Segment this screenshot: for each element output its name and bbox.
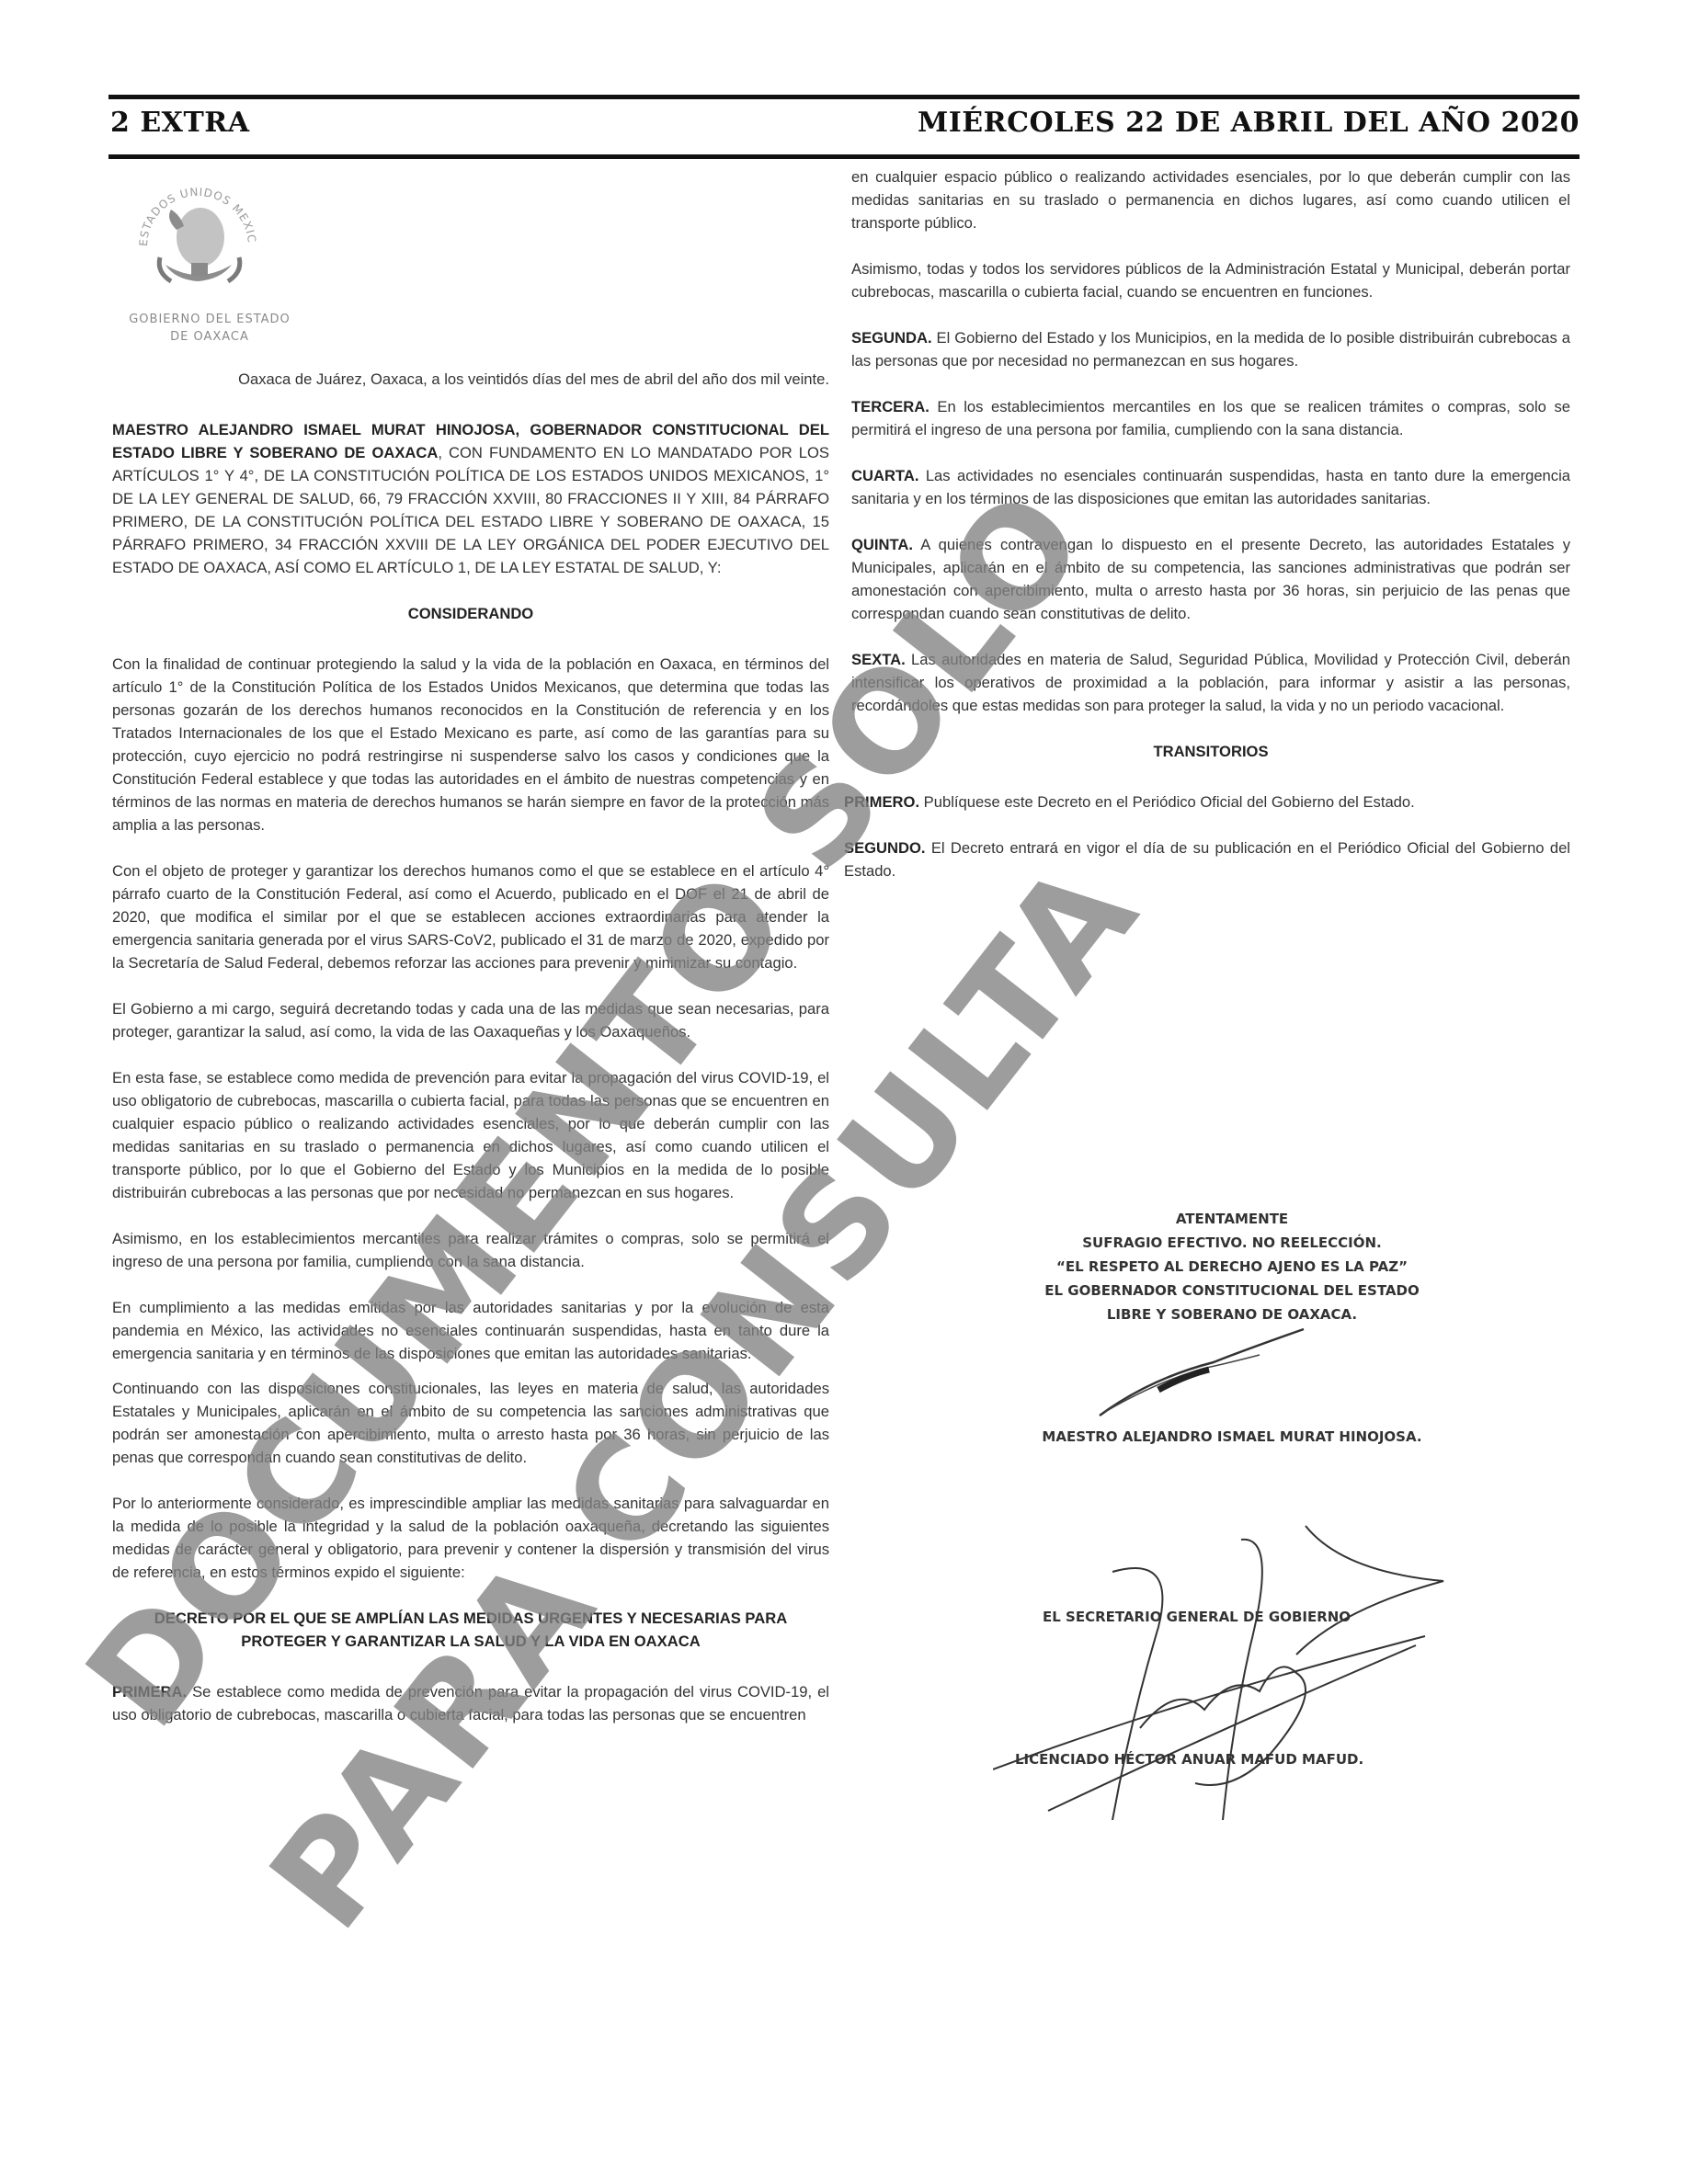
closing-line: SUFRAGIO EFECTIVO. NO REELECCIÓN. bbox=[956, 1231, 1508, 1255]
place-date: Oaxaca de Juárez, Oaxaca, a los veintidó… bbox=[112, 368, 829, 391]
right-column: en cualquier espacio público o realizand… bbox=[851, 165, 1570, 905]
considerando-paragraph: El Gobierno a mi cargo, seguirá decretan… bbox=[112, 997, 829, 1043]
coat-of-arms-icon: ESTADOS UNIDOS MEXICANOS bbox=[129, 173, 267, 311]
decree-title: DECRETO POR EL QUE SE AMPLÍAN LAS MEDIDA… bbox=[131, 1607, 811, 1653]
considerando-paragraph: Con el objeto de proteger y garantizar l… bbox=[112, 859, 829, 974]
transitorio-text: Publíquese este Decreto en el Periódico … bbox=[919, 793, 1415, 811]
article-text: El Gobierno del Estado y los Municipios,… bbox=[851, 329, 1570, 370]
article-quinta: QUINTA. A quienes contravengan lo dispue… bbox=[851, 533, 1570, 625]
public-servants-paragraph: Asimismo, todas y todos los servidores p… bbox=[851, 257, 1570, 303]
article-text: A quienes contravengan lo dispuesto en e… bbox=[851, 536, 1570, 622]
transitorio-segundo: SEGUNDO. El Decreto entrará en vigor el … bbox=[844, 836, 1570, 882]
considerando-paragraph: En cumplimiento a las medidas emitidas p… bbox=[112, 1296, 829, 1365]
government-seal: ESTADOS UNIDOS MEXICANOS GOBIERNO DEL ES… bbox=[108, 173, 311, 346]
secretary-title: EL SECRETARIO GENERAL DE GOBIERNO bbox=[1043, 1609, 1351, 1625]
article-cuarta: CUARTA. Las actividades no esenciales co… bbox=[851, 464, 1570, 510]
article-segunda: SEGUNDA. El Gobierno del Estado y los Mu… bbox=[851, 326, 1570, 372]
transitorio-text: El Decreto entrará en vigor el día de su… bbox=[844, 839, 1570, 880]
article-label: SEXTA. bbox=[851, 651, 906, 668]
closing-line: ATENTAMENTE bbox=[956, 1207, 1508, 1231]
governor-signature-icon bbox=[1085, 1324, 1324, 1425]
article-sexta: SEXTA. Las autoridades en materia de Sal… bbox=[851, 648, 1570, 717]
preamble-rest: , CON FUNDAMENTO EN LO MANDATADO POR LOS… bbox=[112, 444, 829, 576]
header-rule-bottom bbox=[108, 154, 1580, 159]
secretary-signature-icon bbox=[993, 1517, 1471, 1820]
transitorio-label: SEGUNDO. bbox=[844, 839, 926, 857]
closing-line: EL GOBERNADOR CONSTITUCIONAL DEL ESTADO bbox=[956, 1279, 1508, 1302]
article-text: Las autoridades en materia de Salud, Seg… bbox=[851, 651, 1570, 714]
preamble: MAESTRO ALEJANDRO ISMAEL MURAT HINOJOSA,… bbox=[112, 418, 829, 579]
seal-caption-line2: DE OAXACA bbox=[108, 328, 311, 346]
article-label: TERCERA. bbox=[851, 398, 930, 415]
secretary-name: LICENCIADO HÉCTOR ANUAR MAFUD MAFUD. bbox=[1015, 1751, 1363, 1768]
considerando-paragraph: Continuando con las disposiciones consti… bbox=[112, 1377, 829, 1469]
transitorio-label: PRIMERO. bbox=[844, 793, 919, 811]
considerando-paragraph: Por lo anteriormente considerado, es imp… bbox=[112, 1492, 829, 1584]
article-text: Se establece como medida de prevención p… bbox=[112, 1683, 829, 1723]
edition-label: 2 EXTRA bbox=[110, 107, 250, 139]
closing-line: “EL RESPETO AL DERECHO AJENO ES LA PAZ” bbox=[956, 1255, 1508, 1279]
left-column: Oaxaca de Juárez, Oaxaca, a los veintidó… bbox=[112, 368, 829, 1749]
considerando-paragraph: En esta fase, se establece como medida d… bbox=[112, 1066, 829, 1204]
article-primera: PRIMERA. Se establece como medida de pre… bbox=[112, 1680, 829, 1726]
article-text: En los establecimientos mercantiles en l… bbox=[851, 398, 1570, 438]
article-text: Las actividades no esenciales continuará… bbox=[851, 467, 1570, 507]
transitorio-primero: PRIMERO. Publíquese este Decreto en el P… bbox=[844, 791, 1570, 813]
article-label: QUINTA. bbox=[851, 536, 913, 553]
article-label: SEGUNDA. bbox=[851, 329, 932, 347]
considerando-paragraph: Asimismo, en los establecimientos mercan… bbox=[112, 1227, 829, 1273]
closing-line: LIBRE Y SOBERANO DE OAXACA. bbox=[956, 1302, 1508, 1326]
article-label: PRIMERA. bbox=[112, 1683, 187, 1701]
governor-name: MAESTRO ALEJANDRO ISMAEL MURAT HINOJOSA. bbox=[956, 1428, 1508, 1445]
considerando-heading: CONSIDERANDO bbox=[112, 602, 829, 625]
article-tercera: TERCERA. En los establecimientos mercant… bbox=[851, 395, 1570, 441]
article-label: CUARTA. bbox=[851, 467, 918, 484]
seal-caption-line1: GOBIERNO DEL ESTADO bbox=[108, 311, 311, 328]
closing-block: ATENTAMENTE SUFRAGIO EFECTIVO. NO REELEC… bbox=[956, 1207, 1508, 1326]
considerando-paragraph: Con la finalidad de continuar protegiend… bbox=[112, 653, 829, 836]
header-rule-top bbox=[108, 95, 1580, 99]
article-primera-continuation: en cualquier espacio público o realizand… bbox=[851, 165, 1570, 234]
publication-date: MIÉRCOLES 22 DE ABRIL DEL AÑO 2020 bbox=[918, 107, 1580, 139]
transitorios-heading: TRANSITORIOS bbox=[851, 740, 1570, 763]
